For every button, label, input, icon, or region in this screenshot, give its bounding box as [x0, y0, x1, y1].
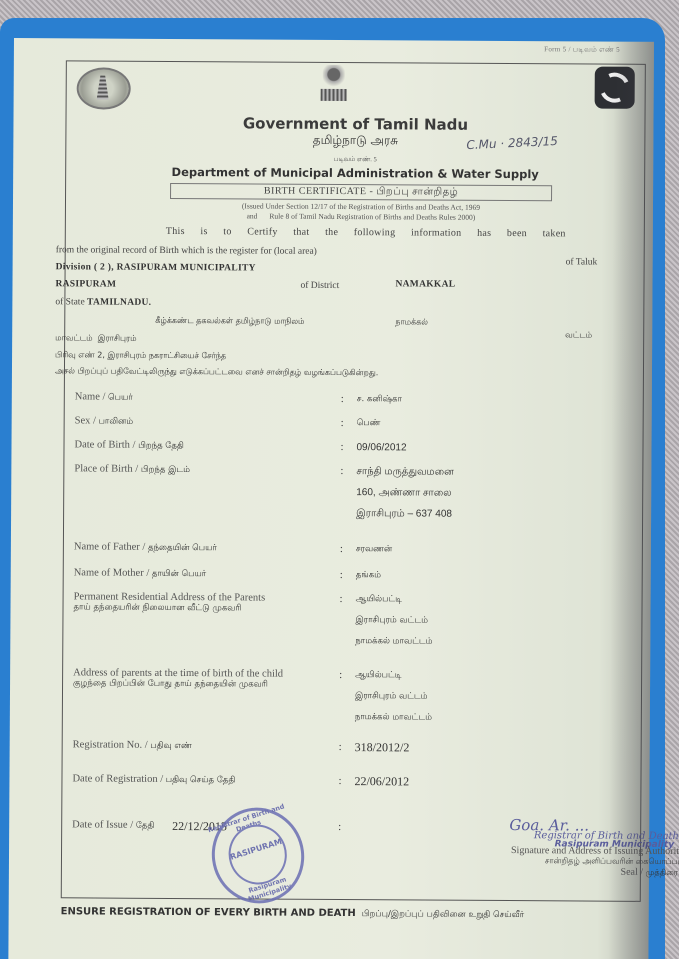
- field-row: Permanent Residential Address of the Par…: [74, 591, 634, 594]
- field-row: Place of Birth / பிறந்த இடம்:சாந்தி மருத…: [74, 463, 634, 466]
- footer-notice: ENSURE REGISTRATION OF EVERY BIRTH AND D…: [61, 906, 641, 922]
- tamil-nadu-emblem-icon: [77, 67, 131, 109]
- field-row: Name of Father / தந்தையின் பெயர்:சரவணன்: [74, 541, 634, 544]
- department-title: Department of Municipal Administration &…: [66, 164, 644, 182]
- field-value: ச. கனிஷ்கா: [357, 389, 402, 410]
- field-value: 09/06/2012: [356, 437, 406, 458]
- of-district-label: of District: [300, 281, 339, 291]
- certificate-frame: Government of Tamil Nadu தமிழ்நாடு அரசு …: [61, 60, 646, 902]
- page-shadow: [608, 42, 654, 959]
- birth-certificate: Form 5 / படிவம் எண் 5 Government of Tami…: [8, 38, 654, 959]
- of-taluk-label: of Taluk: [566, 257, 598, 267]
- field-value: சாந்தி மருத்துவமனை160, அண்ணா சாலைஇராசிபு…: [356, 461, 454, 525]
- from-record-line: from the original record of Birth which …: [56, 245, 317, 257]
- district-value: NAMAKKAL: [395, 279, 455, 289]
- tamil-taluk-label: வட்டம்: [565, 330, 592, 340]
- field-row: Date of Registration / பதிவு செய்த தேதி:…: [73, 773, 633, 776]
- state-line: of State TAMILNADU.: [55, 297, 151, 308]
- field-row: Address of parents at the time of birth …: [73, 667, 633, 670]
- municipal-seal-stamp: Registrar of Birth and Deaths RASIPURAM …: [200, 796, 317, 915]
- taluk-value: RASIPURAM: [55, 279, 116, 289]
- field-value: பெண்: [357, 413, 381, 434]
- field-label: Date of Issue / தேதி: [72, 819, 154, 832]
- field-row: Sex / பாலினம்:பெண்: [75, 415, 635, 418]
- field-label: Date of Registration / பதிவு செய்த தேதி: [72, 773, 235, 786]
- field-value: ஆயில்பட்டிஇராசிபுரம் வட்டம்நாமக்கல் மாவட…: [355, 589, 433, 652]
- field-value: தங்கம்: [356, 565, 381, 586]
- field-label: Permanent Residential Address of the Par…: [73, 591, 265, 613]
- field-value: 318/2012/2: [355, 737, 410, 758]
- field-row: Name of Mother / தாயின் பெயர்:தங்கம்: [74, 567, 634, 570]
- field-label: Place of Birth / பிறந்த இடம்: [74, 463, 190, 476]
- field-label: Name of Father / தந்தையின் பெயர்: [74, 541, 217, 554]
- issued-under: (Issued Under Section 12/17 of the Regis…: [166, 201, 556, 223]
- field-value: சரவணன்: [356, 539, 392, 560]
- division-line: Division ( 2 ), RASIPURAM MUNICIPALITY: [56, 262, 256, 273]
- field-label: Sex / பாலினம்: [75, 415, 134, 427]
- tamil-statement: அசல் பிறப்புப் பதிவேட்டிலிருந்து எடுக்கப…: [55, 366, 378, 378]
- tamil-district-label: மாவட்டம் இராசிபுரம்: [55, 333, 136, 343]
- field-label: Name / பெயர்: [75, 391, 133, 403]
- certificate-title: BIRTH CERTIFICATE - பிறப்பு சான்றிதழ்: [170, 183, 552, 201]
- india-emblem-icon: [319, 65, 349, 105]
- form-number: Form 5 / படிவம் எண் 5: [544, 45, 620, 54]
- field-row: Registration No. / பதிவு எண்:318/2012/2: [73, 739, 633, 742]
- field-row: Date of Birth / பிறந்த தேதி:09/06/2012: [75, 439, 635, 442]
- field-value: 22/06/2012: [354, 771, 409, 792]
- tamil-division-line: பிரிவு எண் 2, இராசிபுரம் நகராட்சியைச் சே…: [55, 350, 226, 361]
- field-value: ஆயில்பட்டிஇராசிபுரம் வட்டம்நாமக்கல் மாவட…: [355, 665, 433, 728]
- field-label: Date of Birth / பிறந்த தேதி: [74, 439, 183, 452]
- field-label: Address of parents at the time of birth …: [73, 667, 283, 689]
- certificate-fields: Name / பெயர்:ச. கனிஷ்காSex / பாலினம்:பெண…: [67, 61, 645, 65]
- field-row: Name / பெயர்:ச. கனிஷ்கா: [75, 391, 635, 394]
- tamil-district: நாமக்கல்: [395, 317, 428, 327]
- tamil-locale-line: கீழ்க்கண்ட தகவல்கள் தமிழ்நாடு மாநிலம்: [155, 316, 304, 327]
- certify-statement: ThisistoCertifythatthefollowinginformati…: [166, 226, 566, 239]
- field-label: Name of Mother / தாயின் பெயர்: [74, 567, 207, 580]
- field-label: Registration No. / பதிவு எண்: [73, 739, 192, 752]
